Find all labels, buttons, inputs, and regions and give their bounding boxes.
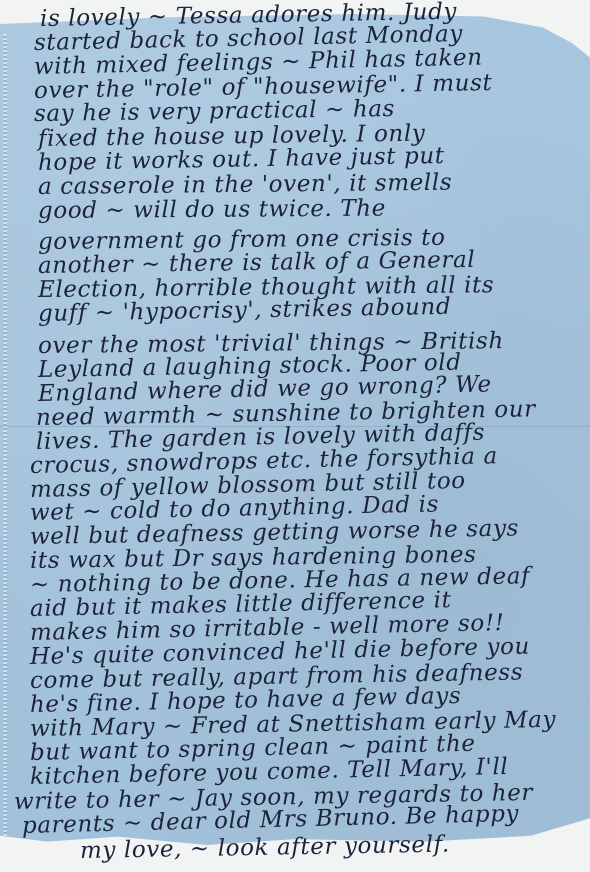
letter-signoff: my love, ~ look after yourself. (80, 832, 450, 864)
handwritten-letter: is lovely ~ Tessa adores him. Judy start… (0, 0, 590, 872)
letter-line: a casserole in the 'oven', it smells (38, 170, 452, 200)
letter-line: good ~ will do us twice. The (38, 196, 386, 224)
